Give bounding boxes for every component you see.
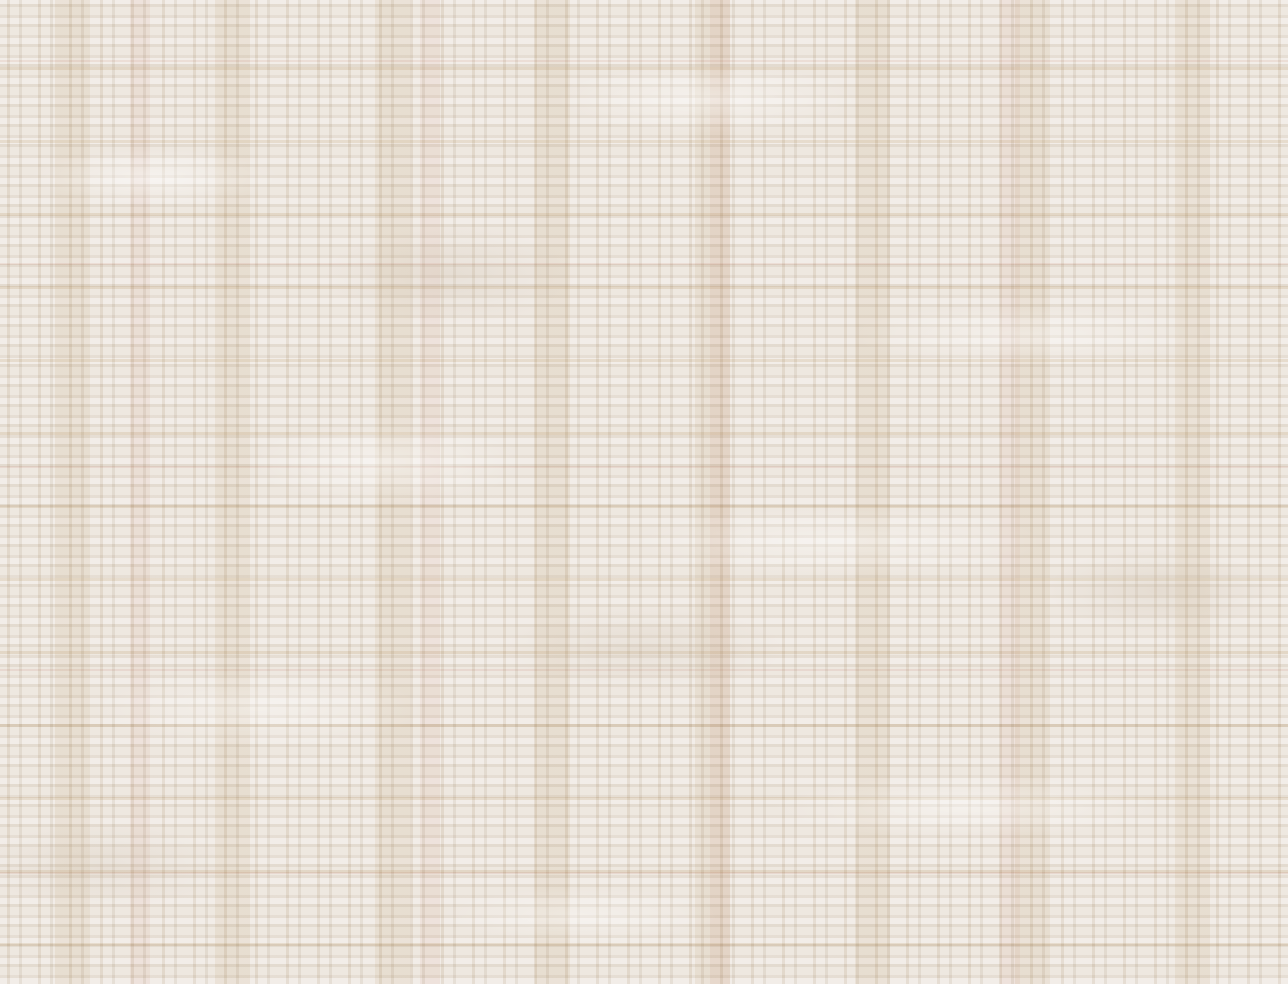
fabric-texture [0,0,1288,984]
mottled-highlight-layer [0,0,1288,984]
